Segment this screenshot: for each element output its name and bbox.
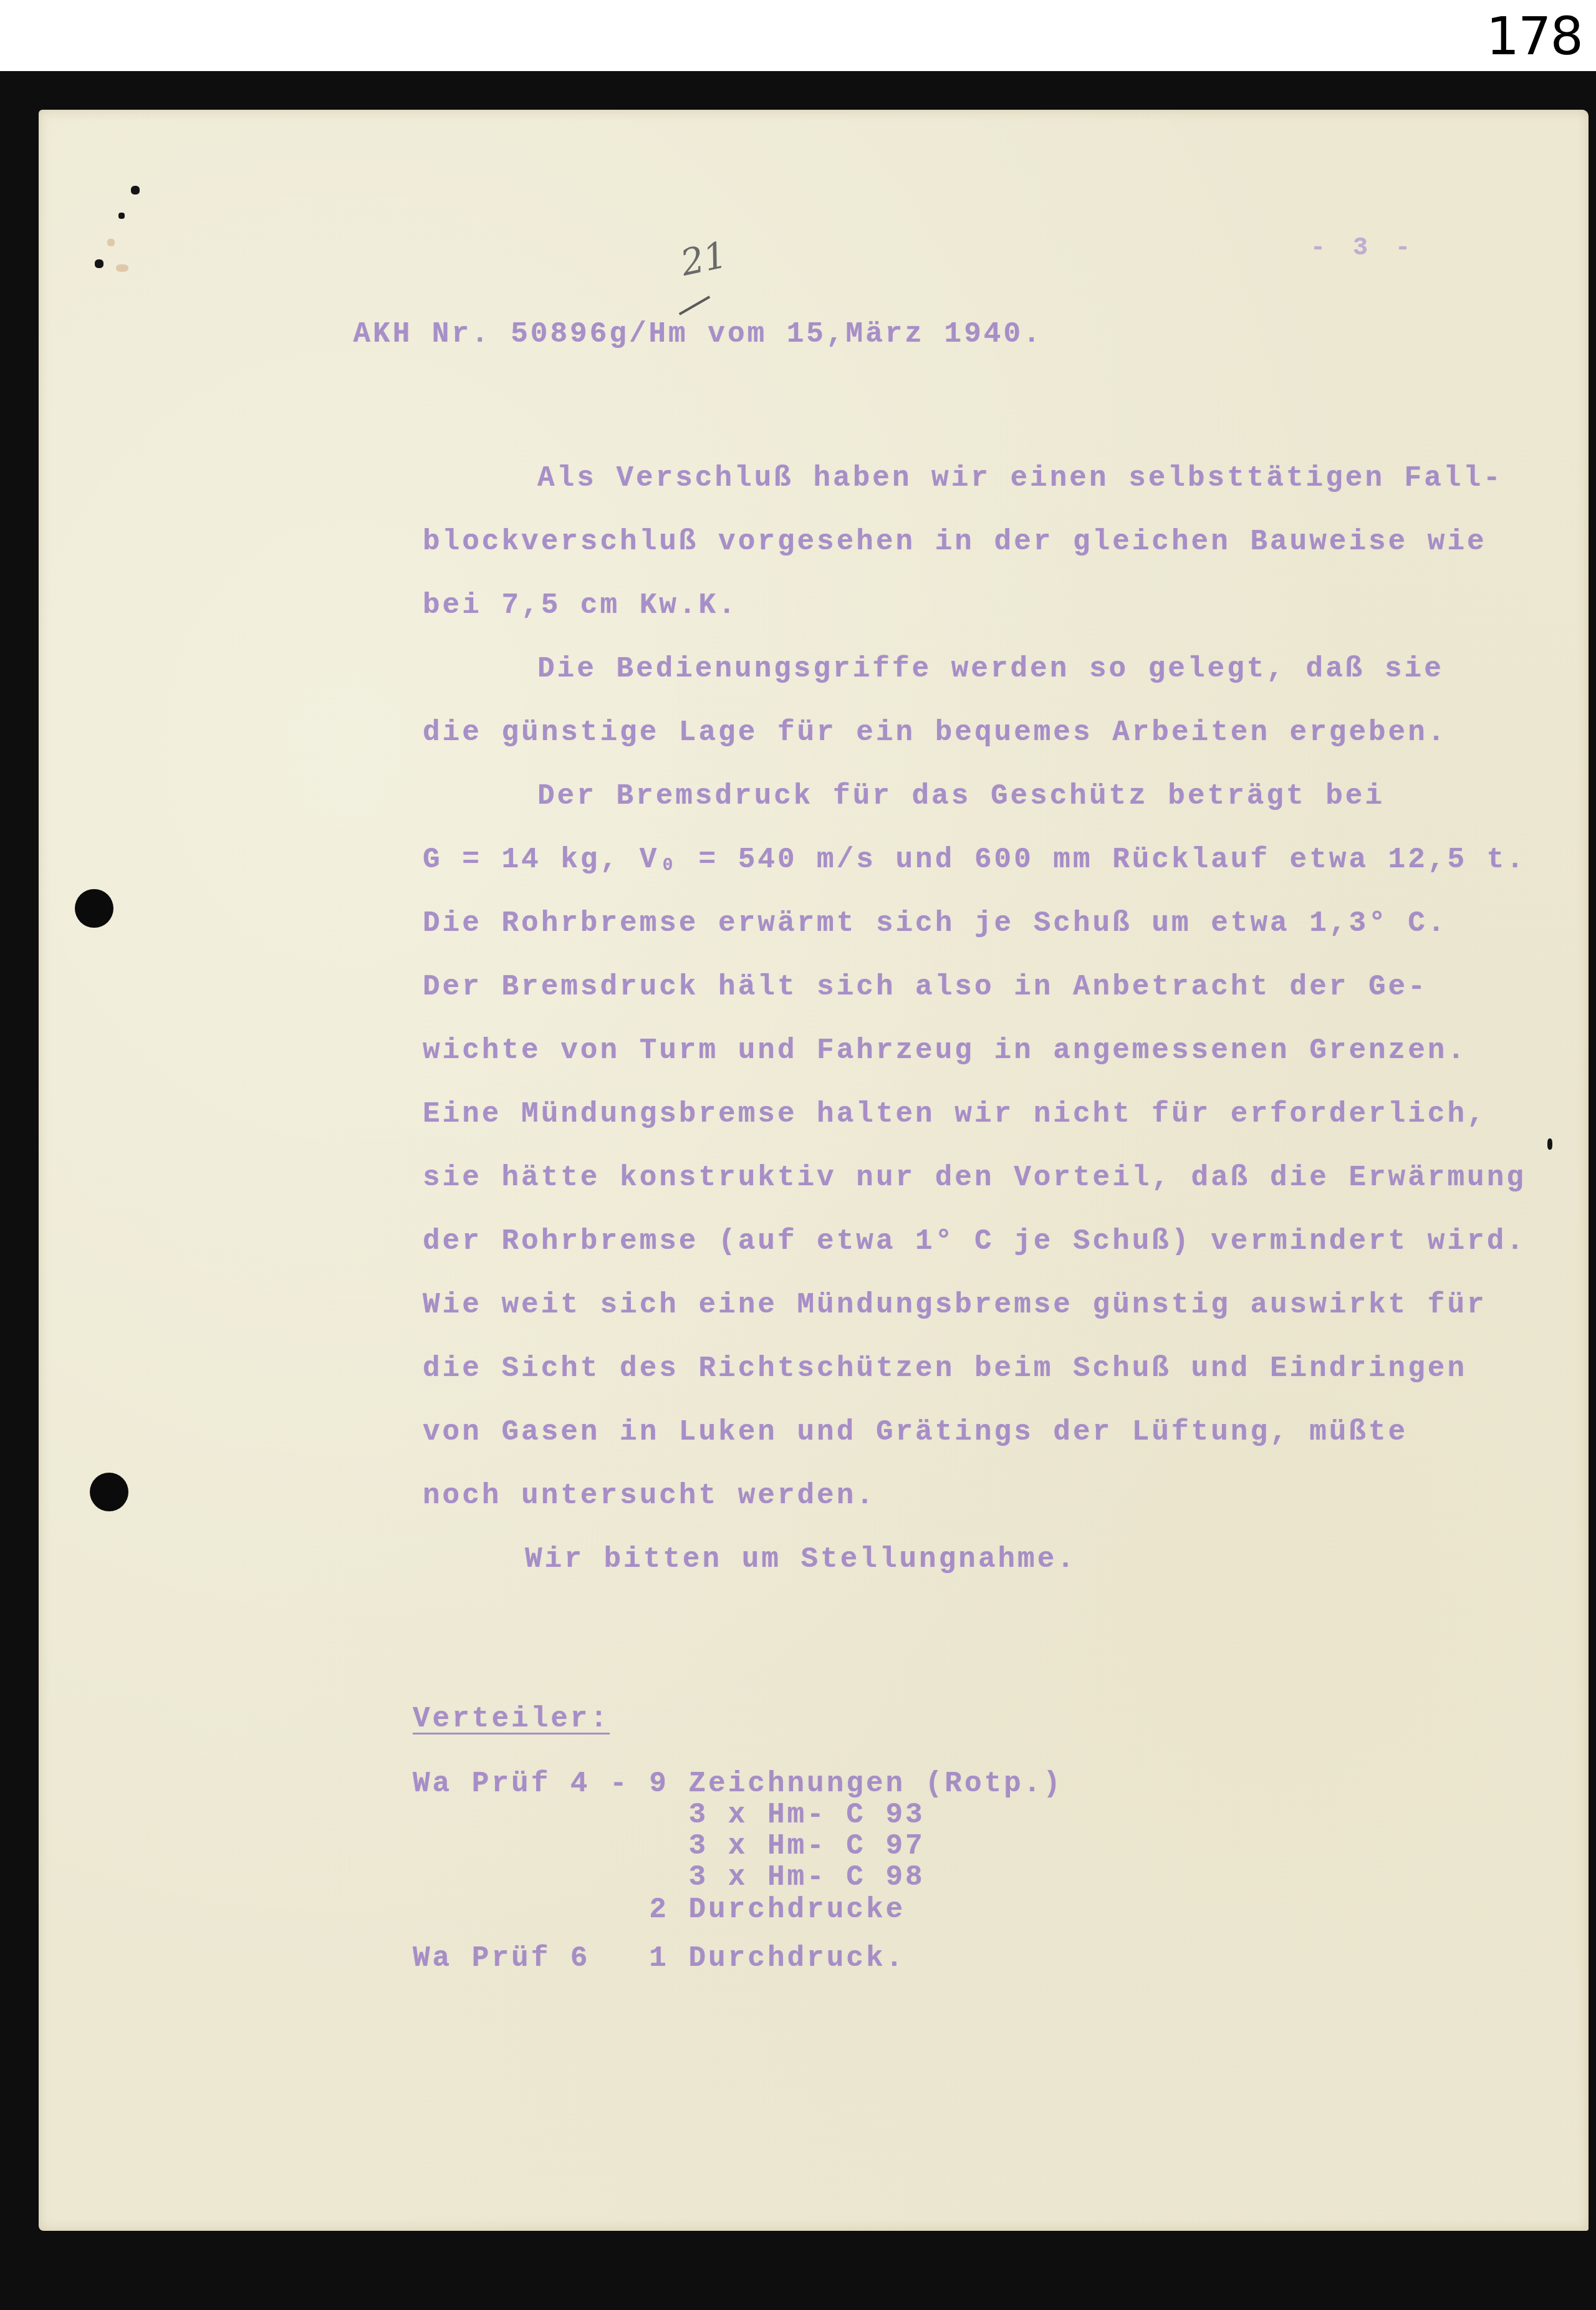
punch-hole-upper	[75, 889, 113, 928]
body-line: die Sicht des Richtschützen beim Schuß u…	[423, 1337, 1467, 1400]
struck-date-day: 15	[787, 318, 826, 350]
body-line: von Gasen in Luken und Grätings der Lüft…	[423, 1400, 1408, 1464]
staple-mark	[95, 259, 103, 268]
staple-mark	[118, 213, 125, 219]
body-line: der Rohrbremse (auf etwa 1° C je Schuß) …	[423, 1210, 1526, 1273]
body-line: wichte von Turm und Fahrzeug in angemess…	[423, 1019, 1467, 1082]
body-line: Wir bitten um Stellungnahme.	[525, 1528, 1077, 1591]
distribution-line: Wa Prüf 4 - 9 Zeichnungen (Rotp.)	[413, 1768, 1063, 1799]
page-number: 178	[1486, 5, 1582, 67]
distribution-line: 3 x Hm- C 97	[413, 1831, 925, 1862]
body-line: Der Bremsdruck für das Geschütz beträgt …	[537, 764, 1385, 828]
page-marker: - 3 -	[1310, 234, 1416, 262]
body-line: Die Rohrbremse erwärmt sich je Schuß um …	[423, 892, 1447, 955]
reference-date: ,März 1940.	[826, 318, 1043, 350]
distribution-line: Wa Prüf 6 1 Durchdruck.	[413, 1943, 905, 1974]
distribution-line: 3 x Hm- C 93	[413, 1799, 925, 1831]
body-line: sie hätte konstruktiv nur den Vorteil, d…	[423, 1146, 1526, 1210]
distribution-heading: Verteiler:	[413, 1703, 610, 1735]
body-line: Der Bremsdruck hält sich also in Anbetra…	[423, 955, 1428, 1019]
document-page: - 3 - AKH Nr. 50896g/Hm vom 15,März 1940…	[39, 110, 1589, 2231]
body-line: Eine Mündungsbremse halten wir nicht für…	[423, 1082, 1487, 1146]
paper-stain	[107, 239, 115, 246]
reference-number: AKH Nr. 50896g/Hm vom	[353, 318, 786, 350]
body-line: G = 14 kg, V₀ = 540 m/s und 600 mm Rückl…	[423, 828, 1526, 892]
body-line: Als Verschluß haben wir einen selbsttäti…	[537, 446, 1503, 510]
distribution-line: 3 x Hm- C 98	[413, 1862, 925, 1893]
body-line: noch untersucht werden.	[423, 1464, 876, 1528]
body-line: Wie weit sich eine Mündungsbremse günsti…	[423, 1273, 1487, 1337]
body-line: bei 7,5 cm Kw.K.	[423, 574, 738, 637]
body-line: Die Bedienungsgriffe werden so gelegt, d…	[537, 637, 1444, 701]
edge-speck	[1547, 1138, 1552, 1150]
body-line: die günstige Lage für ein bequemes Arbei…	[423, 701, 1447, 764]
reference-line: AKH Nr. 50896g/Hm vom 15,März 1940.	[274, 286, 1043, 383]
punch-hole-lower	[90, 1473, 128, 1511]
body-line: blockverschluß vorgesehen in der gleiche…	[423, 510, 1487, 574]
paper-stain	[116, 264, 128, 272]
distribution-line: 2 Durchdrucke	[413, 1894, 905, 1925]
staple-mark	[131, 186, 140, 195]
handwritten-date-correction: 21	[677, 233, 731, 284]
